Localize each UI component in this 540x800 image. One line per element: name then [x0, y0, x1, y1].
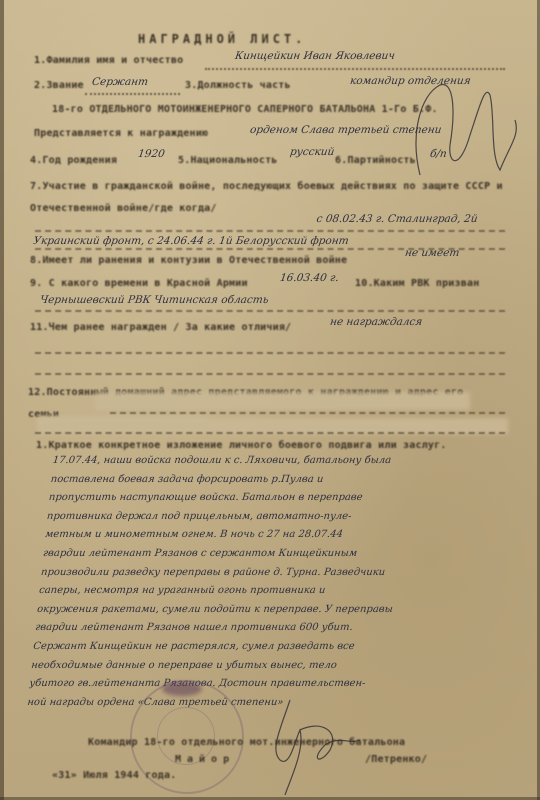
narrative-line: гвардии лейтенант Рязанов нашел противни…	[34, 619, 506, 638]
document-title: НАГРАДНОЙ ЛИСТ.	[138, 32, 306, 46]
section-header-feat: 1.Краткое конкретное изложение личного б…	[36, 440, 447, 451]
rule-line	[35, 352, 505, 354]
stamp-ink-mark	[162, 682, 202, 696]
field-label-prior-awards: 11.Чем ранее награжден / За какие отличи…	[30, 322, 291, 333]
narrative-line: производили разведку переправы в районе …	[40, 564, 512, 583]
field-value-name: Кинщейкин Иван Яковлевич	[234, 50, 396, 62]
rule-line	[35, 230, 505, 232]
dotted-line	[85, 93, 180, 95]
field-label-name: 1.Фамилия имя и отчество	[34, 55, 183, 66]
field-label-wounds: 8.Имеет ли ранения и контузии в Отечеств…	[30, 255, 347, 266]
unit-line: 18-го ОТДЕЛЬНОГО МОТОИНЖЕНЕРНОГО САПЕРНО…	[52, 104, 438, 115]
field-value-nationality: русский	[289, 146, 335, 158]
rule-line	[35, 432, 505, 434]
rule-line	[35, 310, 505, 312]
redacted-region	[95, 392, 470, 410]
field-value-rvk: Чернышевский РВК Читинская область	[39, 294, 269, 306]
narrative-line: 17.07.44, наши войска подошли к с. Ляхов…	[52, 452, 524, 471]
page-edge-left	[0, 0, 4, 800]
narrative-line: противника держал под прицельным, автома…	[46, 508, 518, 527]
signature-date: «31» Июля 1944 года.	[52, 770, 176, 781]
field-value-prior-awards: не награждался	[329, 316, 423, 328]
field-value-rank: Сержант	[91, 76, 149, 88]
award-sheet: НАГРАДНОЙ ЛИСТ. 1.Фамилия имя и отчество…	[0, 0, 540, 800]
field-label-nominated: Представляется к награждению	[34, 128, 208, 139]
signature-name: /Петренко/	[365, 754, 427, 765]
field-value-birth-year: 1920	[137, 148, 165, 160]
dotted-line	[205, 68, 505, 70]
rule-line	[110, 412, 505, 414]
narrative-line: поставлена боевая задача форсировать р.П…	[50, 471, 522, 490]
field-label-position: 3.Должность часть	[185, 80, 291, 91]
narrative-line: гвардии лейтенант Рязанов с сержантом Ки…	[42, 545, 514, 564]
signature-position: Командир 18-го отдельного мот.инженерног…	[88, 737, 405, 748]
narrative-line: окружения ракетами, сумели подойти к пер…	[36, 601, 508, 620]
rule-line	[35, 373, 505, 375]
field-label-nationality: 5.Национальность	[178, 155, 278, 166]
signature-rank: Майор	[175, 754, 235, 765]
narrative-line: метным и минометным огнем. В ночь с 27 н…	[44, 526, 516, 545]
field-label-army-since: 9. С какого времени в Красной Армии	[30, 278, 248, 289]
narrative-line: саперы, несмотря на ураганный огонь прот…	[38, 582, 510, 601]
feat-narrative: 17.07.44, наши войска подошли к с. Ляхов…	[26, 452, 523, 712]
field-label-rvk: 10.Каким РВК призван	[355, 278, 479, 289]
field-label-rank: 2.Звание	[34, 80, 84, 91]
narrative-line: Сержант Кинщейкин не растерялся, сумел р…	[32, 638, 504, 657]
field-value-wounds: не имеет	[404, 247, 460, 259]
field-value-army-since: 16.03.40 г.	[279, 272, 339, 284]
narrative-line: необходимые данные о переправе и убитых …	[30, 657, 502, 676]
field-label-birth-year: 4.Год рождения	[30, 155, 117, 166]
handwritten-mark-icon	[400, 75, 530, 185]
narrative-line: пропустить наступающие войска. Батальон …	[48, 489, 520, 508]
